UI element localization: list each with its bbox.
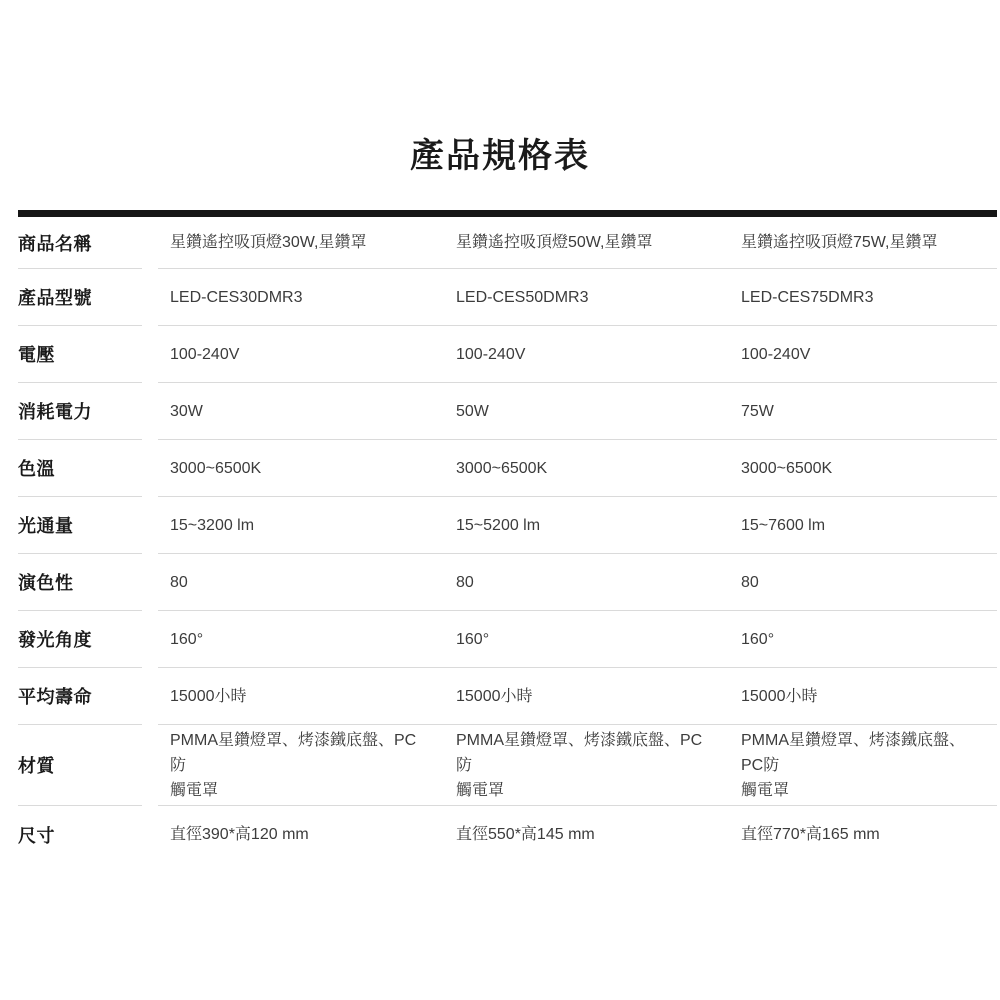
cell-value: PMMA星鑽燈罩、烤漆鐵底盤、PC防 觸電罩: [444, 725, 729, 806]
cell-value: 160°: [444, 611, 729, 668]
cell-value: 3000~6500K: [729, 440, 997, 497]
cell-value: 160°: [158, 611, 444, 668]
cell-value: 3000~6500K: [444, 440, 729, 497]
cell-value: 15000小時: [729, 668, 997, 725]
cell-value: 星鑽遙控吸頂燈30W,星鑽罩: [158, 217, 444, 269]
cell-value: 30W: [158, 383, 444, 440]
cell-value: 100-240V: [729, 326, 997, 383]
cell-value: 15~7600 lm: [729, 497, 997, 554]
table-row-color-temperature: 色溫 3000~6500K 3000~6500K 3000~6500K: [18, 440, 997, 497]
cell-value: 100-240V: [158, 326, 444, 383]
label-gap: [142, 217, 158, 269]
cell-value: 15~5200 lm: [444, 497, 729, 554]
row-label: 電壓: [18, 326, 142, 383]
table-row-color-rendering: 演色性 80 80 80: [18, 554, 997, 611]
cell-value: LED-CES75DMR3: [729, 269, 997, 326]
row-label: 尺寸: [18, 806, 142, 863]
table-row-dimensions: 尺寸 直徑390*高120 mm 直徑550*高145 mm 直徑770*高16…: [18, 806, 997, 863]
cell-value: 直徑550*高145 mm: [444, 806, 729, 863]
cell-value: 星鑽遙控吸頂燈50W,星鑽罩: [444, 217, 729, 269]
cell-value: 80: [158, 554, 444, 611]
row-label: 消耗電力: [18, 383, 142, 440]
row-label: 材質: [18, 725, 142, 806]
row-label: 平均壽命: [18, 668, 142, 725]
row-label: 光通量: [18, 497, 142, 554]
cell-value: LED-CES30DMR3: [158, 269, 444, 326]
spec-table: 商品名稱 星鑽遙控吸頂燈30W,星鑽罩 星鑽遙控吸頂燈50W,星鑽罩 星鑽遙控吸…: [18, 210, 997, 863]
label-gap: [142, 611, 158, 668]
row-label: 色溫: [18, 440, 142, 497]
cell-value: PMMA星鑽燈罩、烤漆鐵底盤、PC防 觸電罩: [729, 725, 997, 806]
label-gap: [142, 497, 158, 554]
table-row-luminous-flux: 光通量 15~3200 lm 15~5200 lm 15~7600 lm: [18, 497, 997, 554]
cell-value: 100-240V: [444, 326, 729, 383]
table-row-voltage: 電壓 100-240V 100-240V 100-240V: [18, 326, 997, 383]
label-gap: [142, 269, 158, 326]
row-label: 產品型號: [18, 269, 142, 326]
label-gap: [142, 440, 158, 497]
cell-value: PMMA星鑽燈罩、烤漆鐵底盤、PC防 觸電罩: [158, 725, 444, 806]
cell-value: 15000小時: [444, 668, 729, 725]
label-gap: [142, 725, 158, 806]
table-row-material: 材質 PMMA星鑽燈罩、烤漆鐵底盤、PC防 觸電罩 PMMA星鑽燈罩、烤漆鐵底盤…: [18, 725, 997, 806]
label-gap: [142, 554, 158, 611]
table-row-product-name: 商品名稱 星鑽遙控吸頂燈30W,星鑽罩 星鑽遙控吸頂燈50W,星鑽罩 星鑽遙控吸…: [18, 217, 997, 269]
table-row-power-consumption: 消耗電力 30W 50W 75W: [18, 383, 997, 440]
cell-value: 50W: [444, 383, 729, 440]
row-label: 發光角度: [18, 611, 142, 668]
row-label: 商品名稱: [18, 217, 142, 269]
row-label: 演色性: [18, 554, 142, 611]
cell-value: 80: [729, 554, 997, 611]
label-gap: [142, 383, 158, 440]
cell-value: 直徑390*高120 mm: [158, 806, 444, 863]
cell-value: 160°: [729, 611, 997, 668]
cell-value: 星鑽遙控吸頂燈75W,星鑽罩: [729, 217, 997, 269]
cell-value: 15~3200 lm: [158, 497, 444, 554]
page-title: 產品規格表: [0, 0, 1000, 180]
cell-value: 80: [444, 554, 729, 611]
table-row-average-lifespan: 平均壽命 15000小時 15000小時 15000小時: [18, 668, 997, 725]
cell-value: 75W: [729, 383, 997, 440]
cell-value: 直徑770*高165 mm: [729, 806, 997, 863]
table-row-beam-angle: 發光角度 160° 160° 160°: [18, 611, 997, 668]
table-row-model-number: 產品型號 LED-CES30DMR3 LED-CES50DMR3 LED-CES…: [18, 269, 997, 326]
cell-value: 3000~6500K: [158, 440, 444, 497]
label-gap: [142, 668, 158, 725]
cell-value: LED-CES50DMR3: [444, 269, 729, 326]
cell-value: 15000小時: [158, 668, 444, 725]
label-gap: [142, 326, 158, 383]
label-gap: [142, 806, 158, 863]
product-spec-page: 產品規格表 商品名稱 星鑽遙控吸頂燈30W,星鑽罩 星鑽遙控吸頂燈50W,星鑽罩…: [0, 0, 1000, 1000]
